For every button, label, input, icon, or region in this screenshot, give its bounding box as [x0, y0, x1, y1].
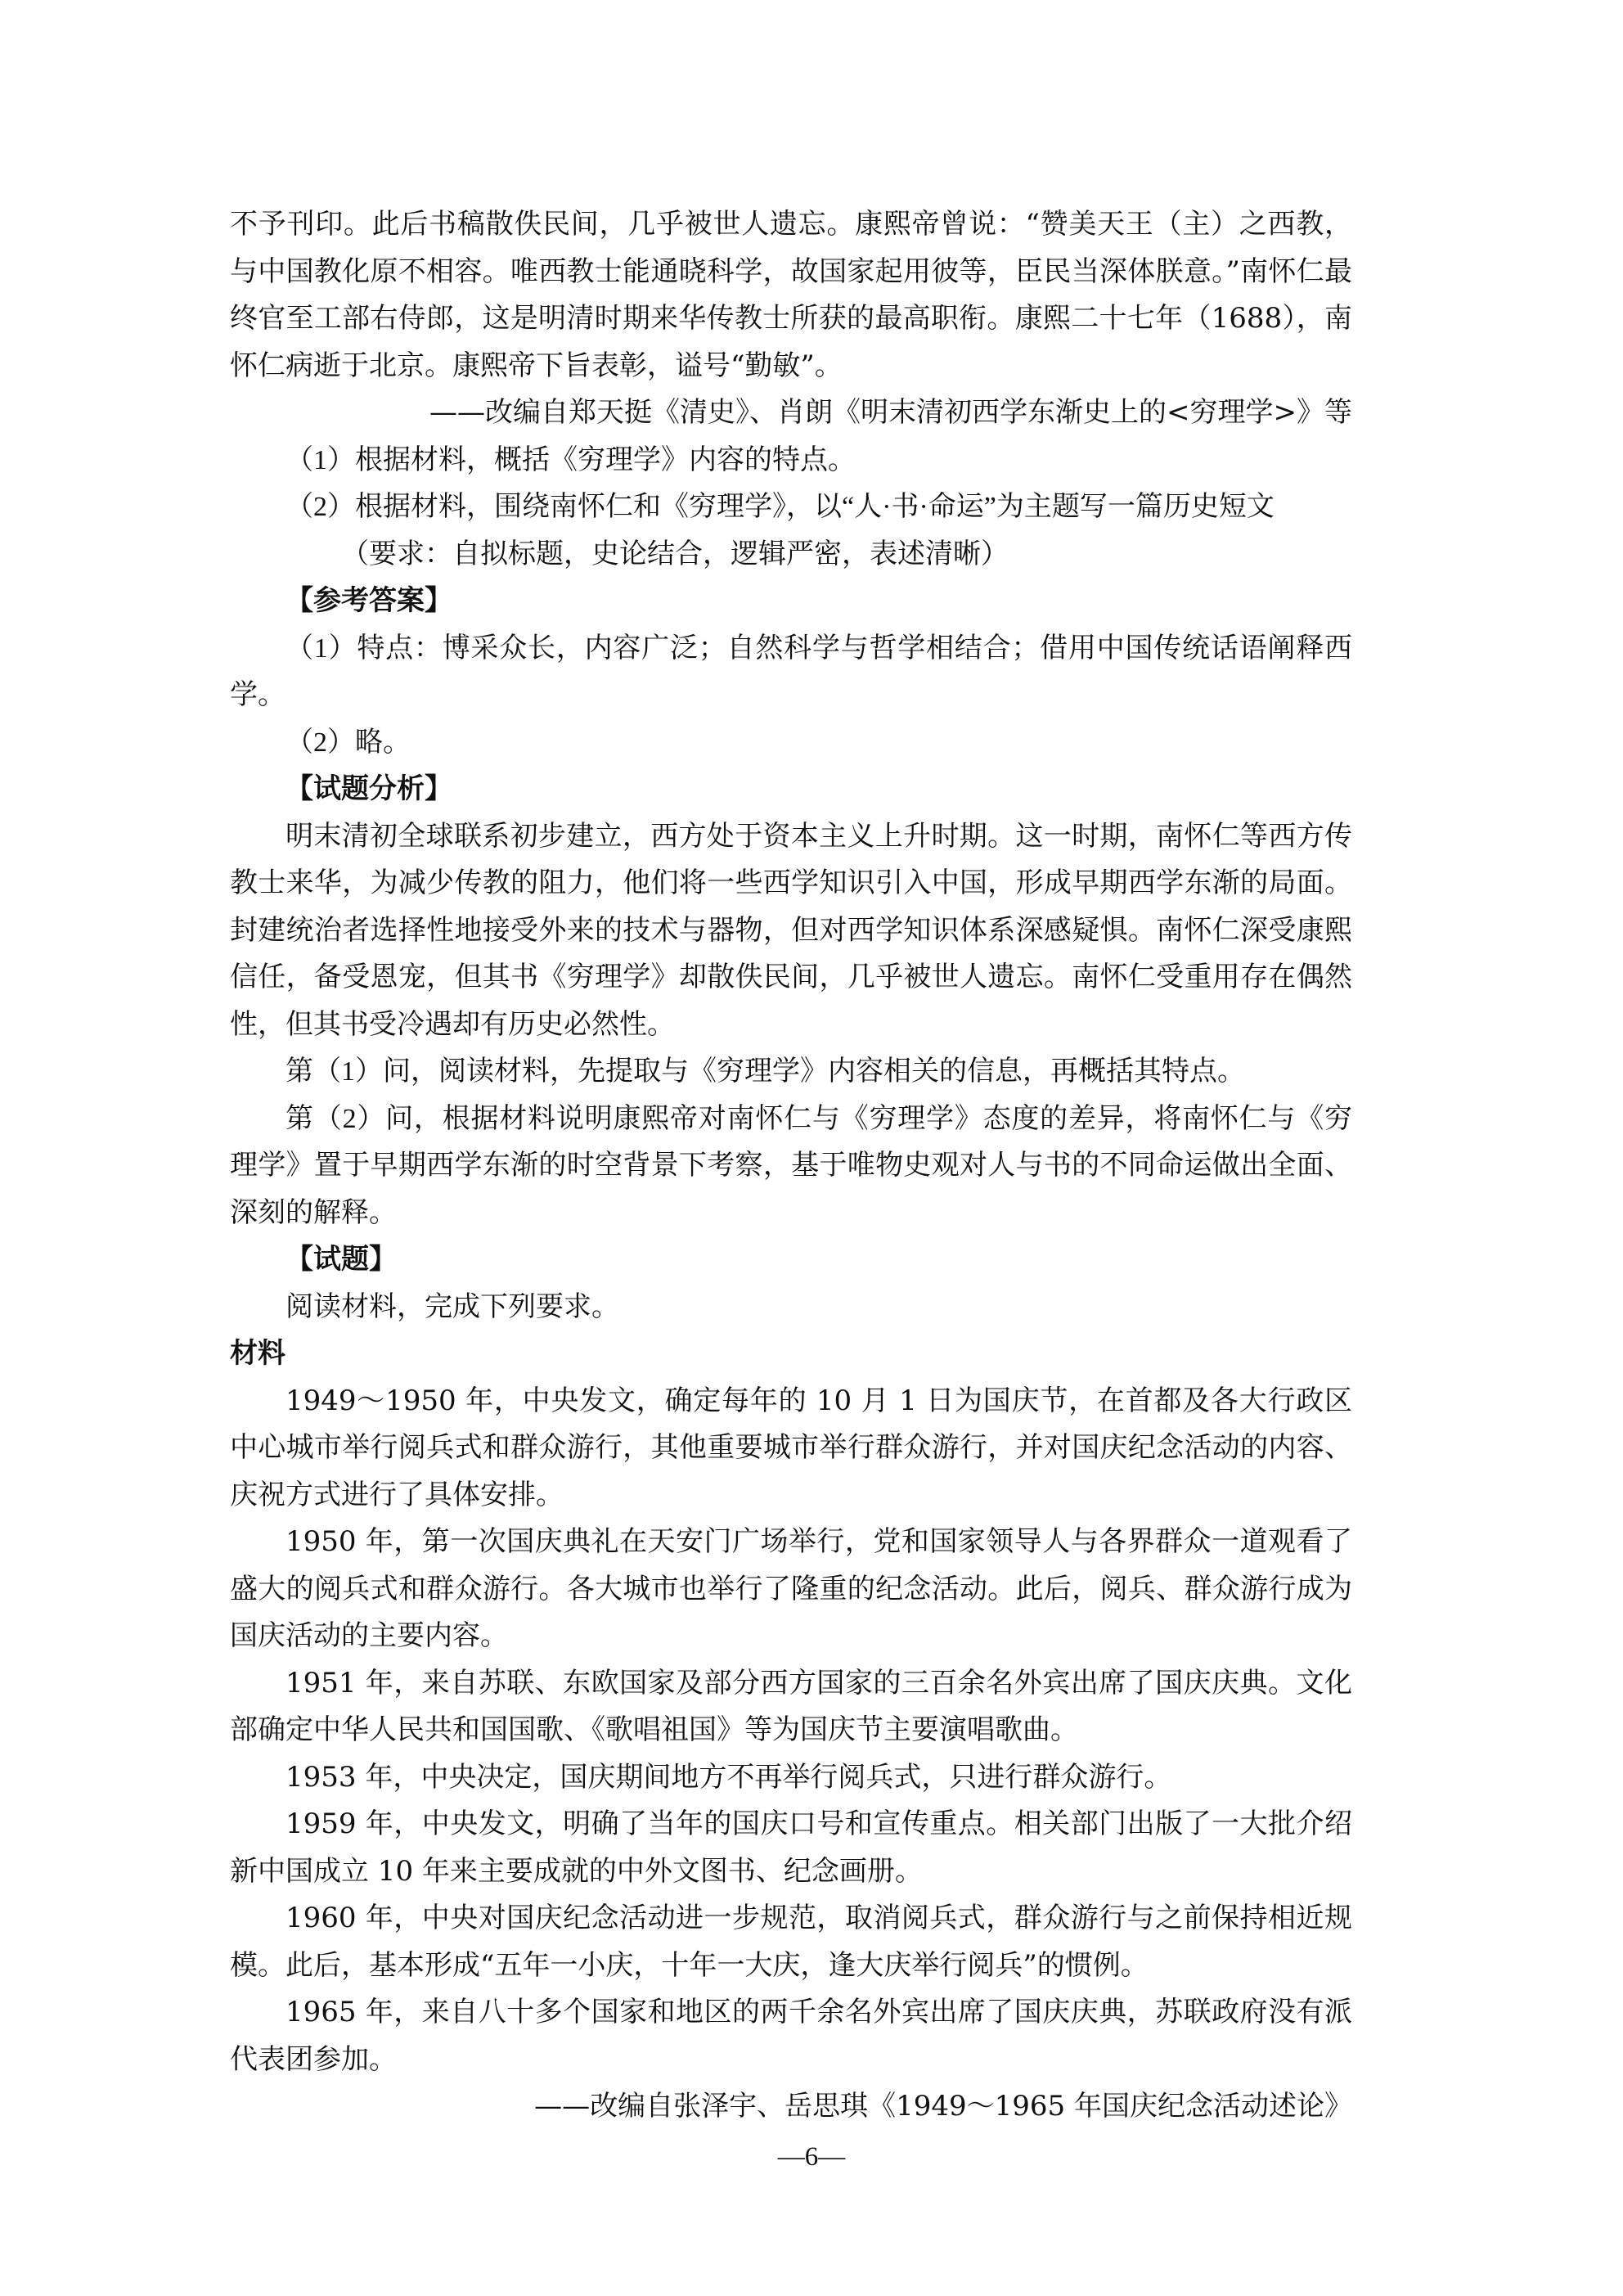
analysis-paragraph-1: 明末清初全球联系初步建立，西方处于资本主义上升时期。这一时期，南怀仁等西方传教士… — [230, 813, 1352, 1049]
source-attribution-guoqing: ——改编自张泽宇、岳思琪《1949～1965 年国庆纪念活动述论》 — [230, 2083, 1352, 2131]
question-intro: 阅读材料，完成下列要求。 — [230, 1284, 1352, 1331]
material-paragraph-1965: 1965 年，来自八十多个国家和地区的两千余名外宾出席了国庆庆典，苏联政府没有派… — [230, 1989, 1352, 2083]
heading-question-analysis: 【试题分析】 — [230, 766, 1352, 813]
answer-item-1: （1）特点：博采众长，内容广泛；自然科学与哲学相结合；借用中国传统话语阐释西学。 — [230, 625, 1352, 719]
material-paragraph-1960: 1960 年，中央对国庆纪念活动进一步规范，取消阅兵式，群众游行与之前保持相近规… — [230, 1895, 1352, 1989]
page-number: —6— — [778, 2142, 846, 2172]
question-item-1: （1）根据材料，概括《穷理学》内容的特点。 — [230, 437, 1352, 484]
material-paragraph-1951: 1951 年，来自苏联、东欧国家及部分西方国家的三百余名外宾出席了国庆庆典。文化… — [230, 1660, 1352, 1754]
source-attribution-qiongli: ——改编自郑天挺《清史》、肖朗《明末清初西学东渐史上的<穷理学>》等 — [230, 389, 1352, 437]
heading-reference-answer: 【参考答案】 — [230, 578, 1352, 625]
heading-question: 【试题】 — [230, 1236, 1352, 1284]
document-page: 不予刊印。此后书稿散佚民间，几乎被世人遗忘。康熙帝曾说：“赞美天王（主）之西教，… — [0, 0, 1623, 2296]
material-continuation-paragraph: 不予刊印。此后书稿散佚民间，几乎被世人遗忘。康熙帝曾说：“赞美天王（主）之西教，… — [230, 201, 1352, 389]
analysis-paragraph-3: 第（2）问，根据材料说明康熙帝对南怀仁与《穷理学》态度的差异，将南怀仁与《穷理学… — [230, 1096, 1352, 1237]
document-body: 不予刊印。此后书稿散佚民间，几乎被世人遗忘。康熙帝曾说：“赞美天王（主）之西教，… — [230, 201, 1352, 2131]
material-paragraph-1950: 1950 年，第一次国庆典礼在天安门广场举行，党和国家领导人与各界群众一道观看了… — [230, 1519, 1352, 1660]
question-item-2: （2）根据材料，围绕南怀仁和《穷理学》，以“人·书·命运”为主题写一篇历史短文 — [230, 484, 1352, 531]
page-footer: —6— — [0, 2134, 1623, 2181]
material-paragraph-1959: 1959 年，中央发文，明确了当年的国庆口号和宣传重点。相关部门出版了一大批介绍… — [230, 1801, 1352, 1895]
analysis-paragraph-2: 第（1）问，阅读材料，先提取与《穷理学》内容相关的信息，再概括其特点。 — [230, 1048, 1352, 1096]
material-paragraph-1949-1950: 1949～1950 年，中央发文，确定每年的 10 月 1 日为国庆节，在首都及… — [230, 1378, 1352, 1519]
answer-item-2: （2）略。 — [230, 719, 1352, 767]
material-label: 材料 — [230, 1330, 1352, 1378]
question-item-2-requirements: （要求：自拟标题，史论结合，逻辑严密，表述清晰） — [230, 531, 1352, 579]
material-paragraph-1953: 1953 年，中央决定，国庆期间地方不再举行阅兵式，只进行群众游行。 — [230, 1754, 1352, 1802]
